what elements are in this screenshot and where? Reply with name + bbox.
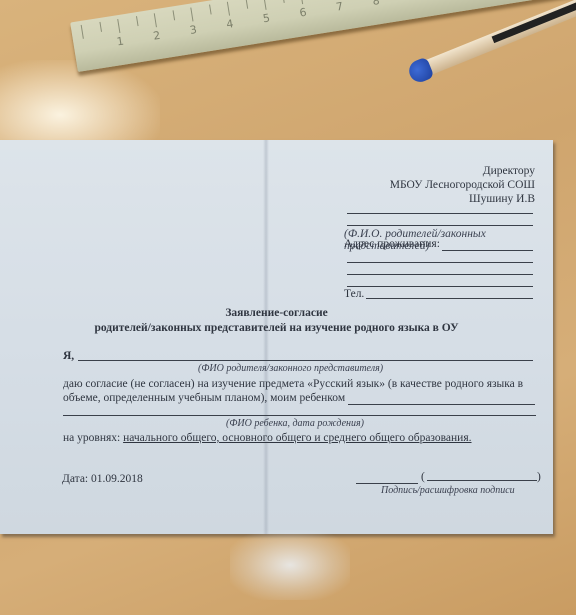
phone-field[interactable] — [366, 298, 533, 299]
parent-name-field-2[interactable] — [347, 225, 533, 226]
decode-close-paren: ) — [537, 471, 541, 483]
signature-decode-field[interactable] — [427, 480, 537, 481]
parent-fio-caption: (ФИО родителя/законного представителя) — [198, 363, 383, 374]
child-caption: (ФИО ребенка, дата рождения) — [226, 418, 364, 429]
consent-text-line-2: объеме, определенным учебным планом), мо… — [63, 392, 345, 404]
addressee-line-3: Шушину И.В — [390, 192, 535, 206]
ruler-tick — [263, 0, 266, 10]
levels-line: на уровнях: начального общего, основного… — [63, 432, 472, 444]
paper-fold — [263, 140, 269, 534]
ruler-tick — [154, 13, 157, 27]
signature-field[interactable] — [356, 483, 418, 484]
ruler-number: 9 — [408, 0, 417, 2]
consent-text-line-1: даю согласие (не согласен) на изучение п… — [63, 378, 523, 390]
i-label: Я, — [63, 350, 74, 362]
ruler-tick — [245, 0, 248, 9]
ruler-number: 4 — [225, 17, 234, 31]
addressee-line-2: МБОУ Лесногородской СОШ — [390, 178, 535, 192]
levels-text: начального общего, основного общего и ср… — [123, 432, 471, 444]
form-title: Заявление-согласие — [0, 307, 553, 319]
ruler-tick — [135, 16, 138, 26]
ruler-tick — [172, 10, 175, 20]
decode-open-paren: ( — [421, 471, 425, 483]
light-reflection — [230, 530, 350, 600]
form-subtitle: родителей/законных представителей на изу… — [0, 322, 553, 334]
address-field-1[interactable] — [442, 250, 533, 251]
ruler-tick — [81, 25, 84, 39]
ruler-tick — [190, 7, 193, 21]
addressee-block: Директору МБОУ Лесногородской СОШ Шушину… — [390, 164, 535, 206]
levels-prefix: на уровнях: — [63, 432, 123, 444]
address-field-2[interactable] — [347, 262, 533, 263]
ruler-number: 5 — [262, 11, 271, 25]
address-field-4[interactable] — [347, 286, 533, 287]
addressee-line-1: Директору — [390, 164, 535, 178]
ruler-tick — [99, 22, 102, 32]
signature-caption: Подпись/расшифровка подписи — [381, 485, 515, 496]
child-field-2[interactable] — [63, 415, 536, 416]
ruler-number: 2 — [152, 29, 161, 43]
consent-form: Директору МБОУ Лесногородской СОШ Шушину… — [0, 140, 553, 534]
child-field-1[interactable] — [348, 404, 535, 405]
ruler-number: 1 — [116, 35, 125, 49]
ruler-tick — [227, 2, 230, 16]
phone-label: Тел. — [344, 288, 364, 300]
address-field-3[interactable] — [347, 274, 533, 275]
ruler-number: 3 — [189, 23, 198, 37]
ruler-number: 8 — [372, 0, 381, 8]
parent-fio-field[interactable] — [78, 360, 533, 361]
parent-name-field-1[interactable] — [347, 213, 533, 214]
ruler-tick — [282, 0, 285, 3]
date-label: Дата: 01.09.2018 — [62, 473, 143, 485]
address-label: Адрес проживания: — [344, 238, 440, 250]
ruler-tick — [117, 19, 120, 33]
ruler-tick — [209, 5, 212, 15]
ruler-number: 7 — [335, 0, 344, 14]
ruler-number: 6 — [298, 6, 307, 20]
ruler-tick — [300, 0, 303, 4]
